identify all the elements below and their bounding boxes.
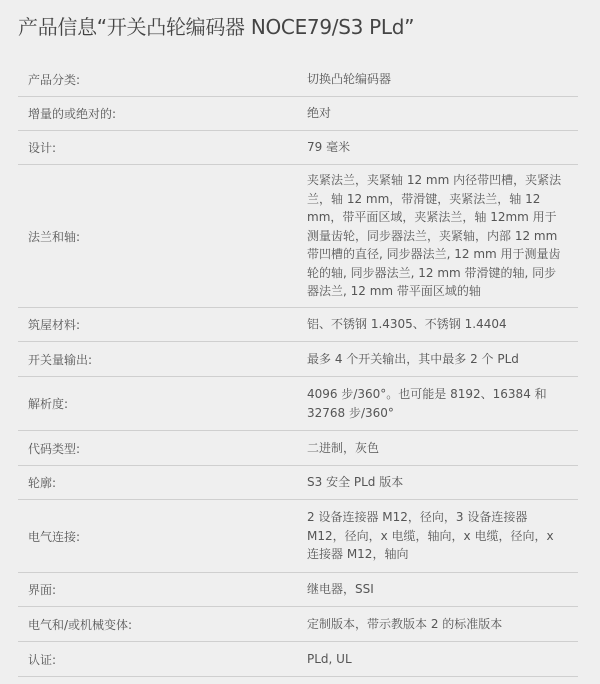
spec-row-housing-material: 筑屋材料: 铝、不锈钢 1.4305、不锈钢 1.4404 <box>18 308 578 342</box>
spec-label: 轮廓: <box>18 474 307 491</box>
page-title: 产品信息“开关凸轮编码器 NOCE79/S3 PLd” <box>18 13 414 41</box>
spec-value: 绝对 <box>307 104 578 123</box>
spec-label: 电气连接: <box>18 528 307 545</box>
spec-value: 二进制，灰色 <box>307 439 578 458</box>
spec-label: 认证: <box>18 651 307 668</box>
spec-row-certification: 认证: PLd, UL <box>18 642 578 677</box>
spec-label: 法兰和轴: <box>18 228 307 245</box>
spec-value: 夹紧法兰，夹紧轴 12 mm 内径带凹槽，夹紧法兰，轴 12 mm，带滑键，夹紧… <box>307 171 578 301</box>
spec-row-product-category: 产品分类: 切换凸轮编码器 <box>18 63 578 97</box>
spec-label: 界面: <box>18 581 307 598</box>
spec-value: PLd, UL <box>307 650 578 669</box>
spec-label: 增量的或绝对的: <box>18 105 307 122</box>
spec-table: 产品分类: 切换凸轮编码器 增量的或绝对的: 绝对 设计: 79 毫米 法兰和轴… <box>18 63 578 677</box>
spec-value: 4096 步/360°。也可能是 8192、16384 和 32768 步/36… <box>307 385 578 422</box>
spec-row-incremental-absolute: 增量的或绝对的: 绝对 <box>18 97 578 131</box>
spec-label: 开关量输出: <box>18 351 307 368</box>
spec-value: 继电器，SSI <box>307 580 578 599</box>
spec-value: 切换凸轮编码器 <box>307 70 578 89</box>
spec-label: 筑屋材料: <box>18 316 307 333</box>
spec-label: 电气和/或机械变体: <box>18 616 307 633</box>
spec-value: S3 安全 PLd 版本 <box>307 473 578 492</box>
spec-row-code-type: 代码类型: 二进制，灰色 <box>18 431 578 466</box>
spec-label: 代码类型: <box>18 440 307 457</box>
spec-row-design: 设计: 79 毫米 <box>18 131 578 165</box>
spec-row-variants: 电气和/或机械变体: 定制版本，带示教版本 2 的标准版本 <box>18 607 578 642</box>
spec-row-flange-shaft: 法兰和轴: 夹紧法兰，夹紧轴 12 mm 内径带凹槽，夹紧法兰，轴 12 mm，… <box>18 165 578 308</box>
spec-label: 产品分类: <box>18 71 307 88</box>
spec-value: 2 设备连接器 M12，径向，3 设备连接器 M12，径向，x 电缆，轴向，x … <box>307 508 578 564</box>
spec-value: 最多 4 个开关输出，其中最多 2 个 PLd <box>307 350 578 369</box>
spec-row-interface: 界面: 继电器，SSI <box>18 573 578 607</box>
spec-value: 定制版本，带示教版本 2 的标准版本 <box>307 615 578 634</box>
spec-label: 设计: <box>18 139 307 156</box>
spec-value: 铝、不锈钢 1.4305、不锈钢 1.4404 <box>307 315 578 334</box>
spec-value: 79 毫米 <box>307 138 578 157</box>
spec-row-resolution: 解析度: 4096 步/360°。也可能是 8192、16384 和 32768… <box>18 377 578 431</box>
spec-row-switching-outputs: 开关量输出: 最多 4 个开关输出，其中最多 2 个 PLd <box>18 342 578 377</box>
spec-row-electrical-connection: 电气连接: 2 设备连接器 M12，径向，3 设备连接器 M12，径向，x 电缆… <box>18 500 578 573</box>
spec-row-profile: 轮廓: S3 安全 PLd 版本 <box>18 466 578 500</box>
spec-label: 解析度: <box>18 395 307 412</box>
